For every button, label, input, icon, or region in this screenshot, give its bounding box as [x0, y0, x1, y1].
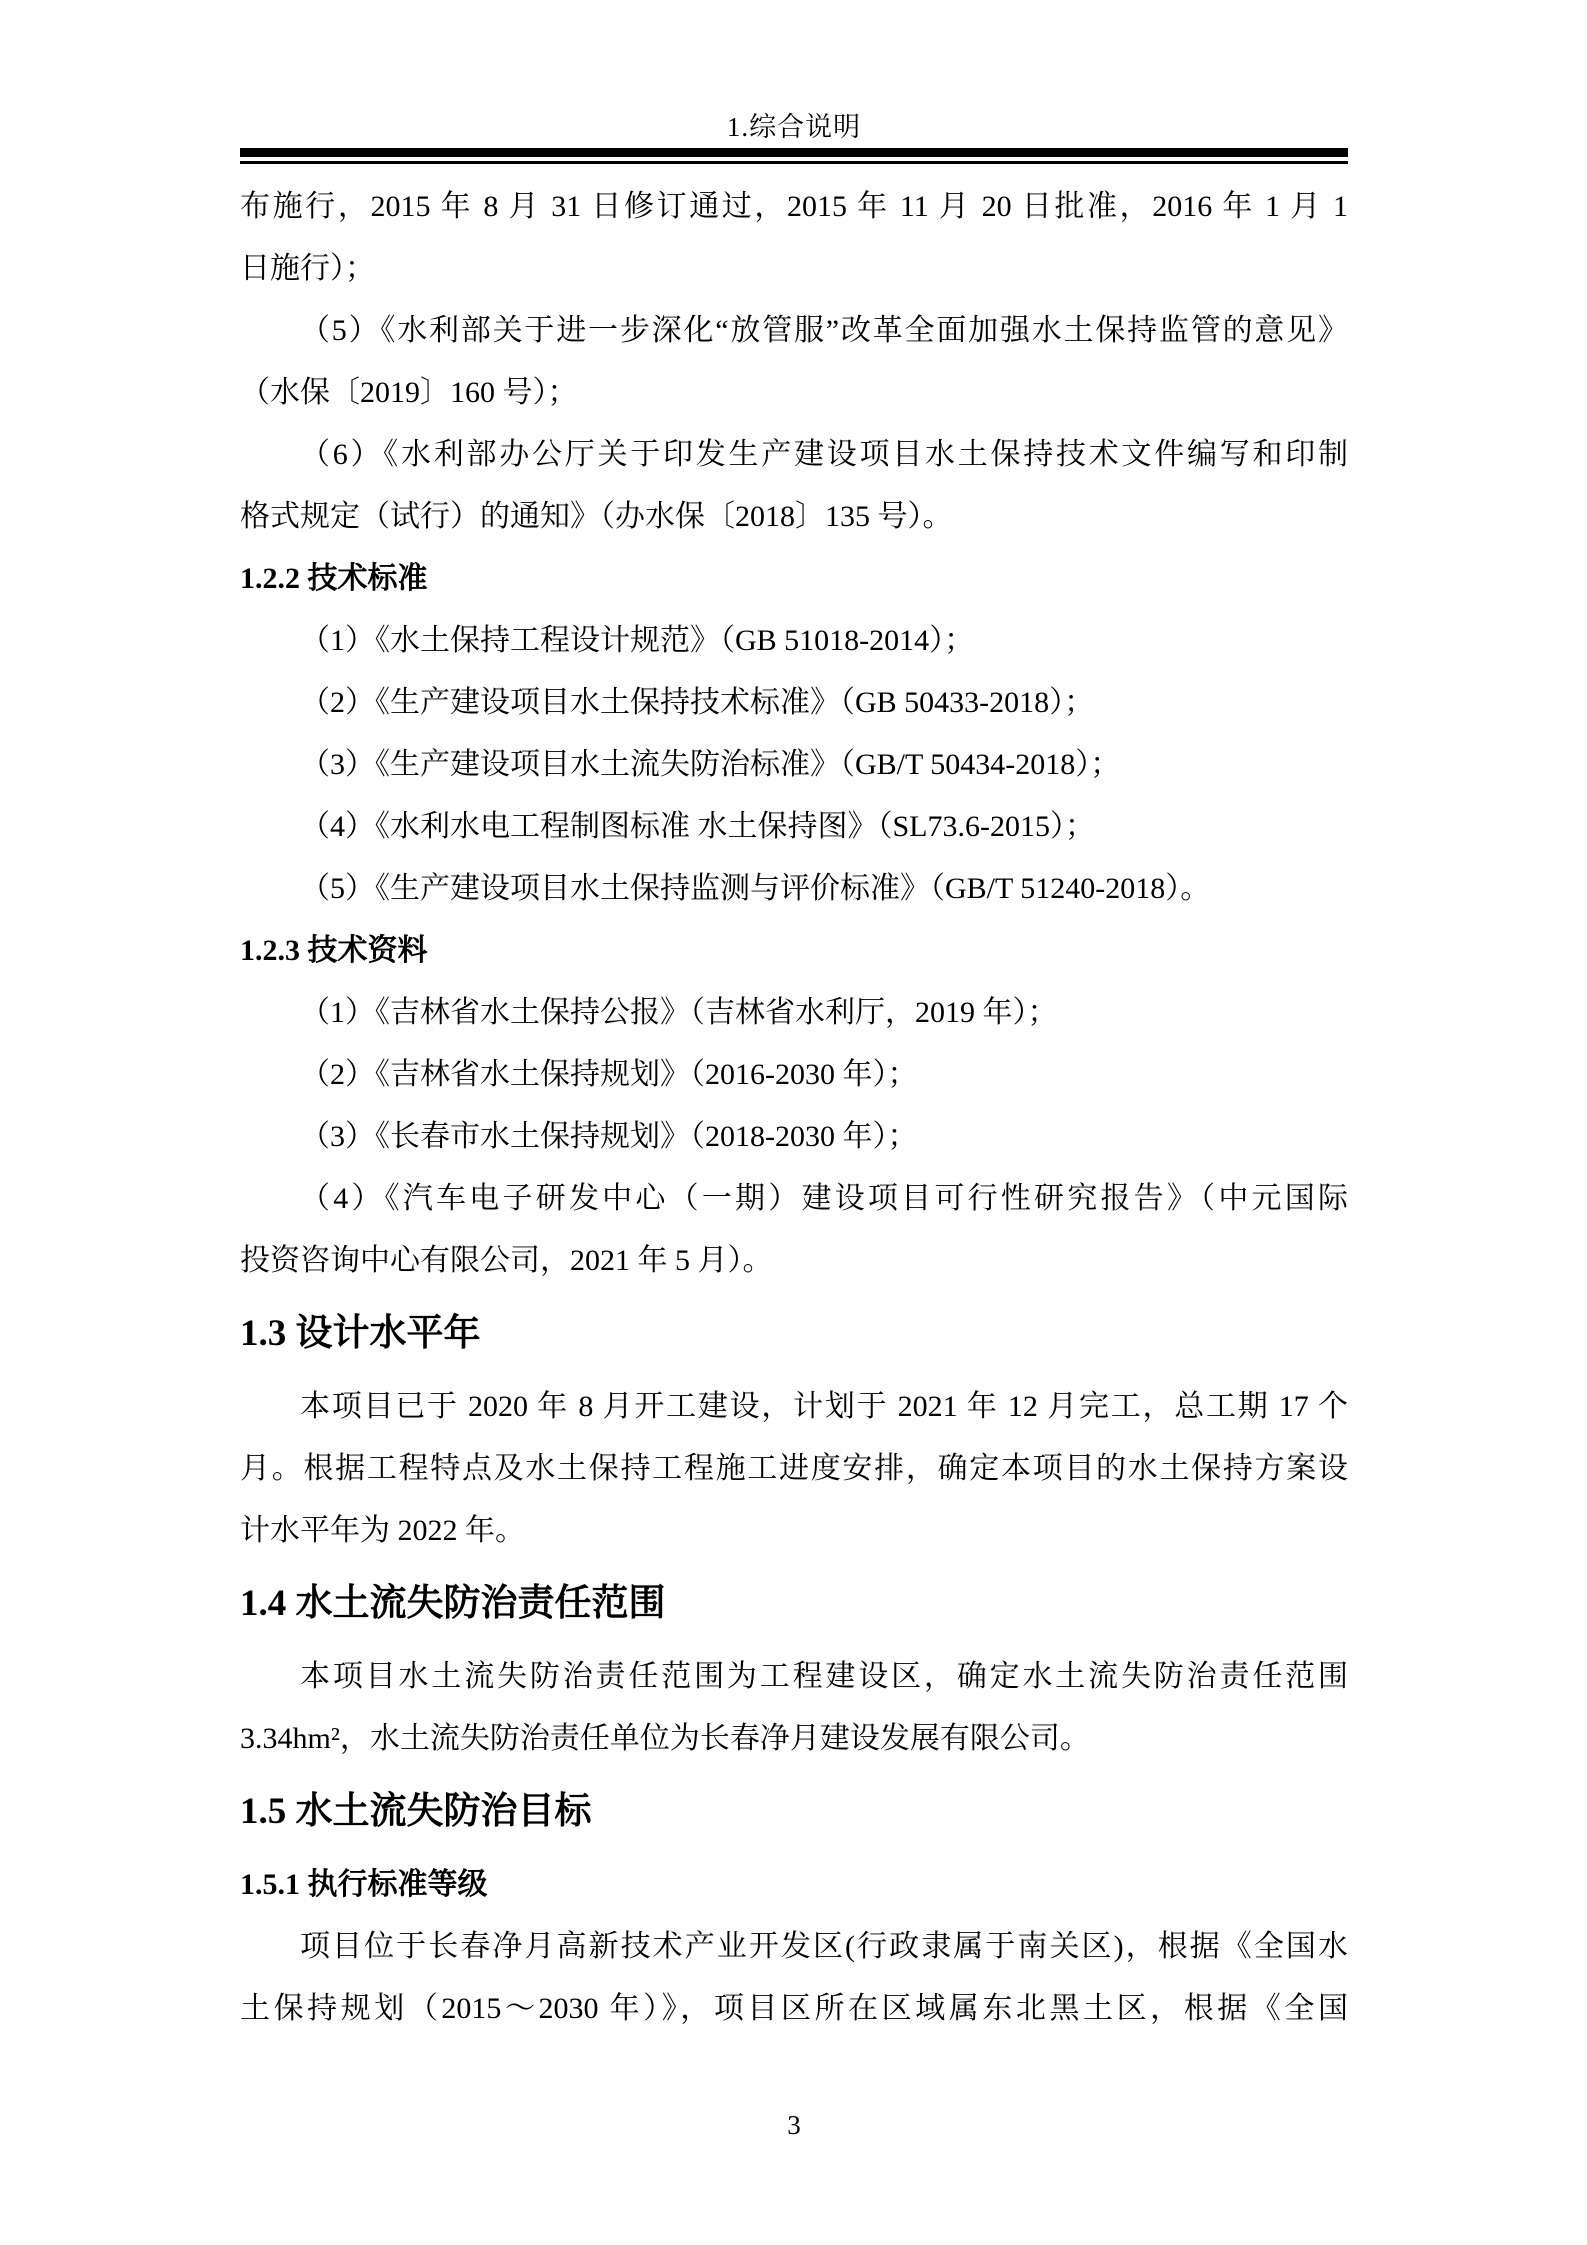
body-line: （2）《吉林省水土保持规划》（2016-2030 年）； — [240, 1044, 1348, 1106]
subsection-heading: 1.2.3 技术资料 — [240, 920, 1348, 982]
body-line: 布施行，2015 年 8 月 31 日修订通过，2015 年 11 月 20 日… — [240, 176, 1348, 238]
document-page: 1.综合说明 布施行，2015 年 8 月 31 日修订通过，2015 年 11… — [0, 0, 1587, 2245]
body-line: 计水平年为 2022 年。 — [240, 1500, 1348, 1562]
body-line: 3.34hm²，水土流失防治责任单位为长春净月建设发展有限公司。 — [240, 1708, 1348, 1770]
header-rule-thick — [240, 148, 1348, 157]
body-line: （水保〔2019〕160 号）； — [240, 362, 1348, 424]
document-body: 布施行，2015 年 8 月 31 日修订通过，2015 年 11 月 20 日… — [240, 176, 1348, 2040]
body-line: 本项目水土流失防治责任范围为工程建设区，确定水土流失防治责任范围 — [240, 1646, 1348, 1708]
section-heading: 1.5 水土流失防治目标 — [240, 1770, 1348, 1854]
header-rule-thin — [240, 161, 1348, 164]
body-line: （3）《生产建设项目水土流失防治标准》（GB/T 50434-2018）； — [240, 734, 1348, 796]
body-line: （6）《水利部办公厅关于印发生产建设项目水土保持技术文件编写和印制 — [240, 424, 1348, 486]
section-heading: 1.3 设计水平年 — [240, 1292, 1348, 1376]
body-line: 日施行）； — [240, 238, 1348, 300]
body-line: （2）《生产建设项目水土保持技术标准》（GB 50433-2018）； — [240, 672, 1348, 734]
body-line: （5）《水利部关于进一步深化“放管服”改革全面加强水土保持监管的意见》 — [240, 300, 1348, 362]
body-line: （1）《水土保持工程设计规范》（GB 51018-2014）； — [240, 610, 1348, 672]
subsection-heading: 1.5.1 执行标准等级 — [240, 1854, 1348, 1916]
body-line: 投资咨询中心有限公司，2021 年 5 月）。 — [240, 1230, 1348, 1292]
body-line: （4）《水利水电工程制图标准 水土保持图》（SL73.6-2015）； — [240, 796, 1348, 858]
body-line: 项目位于长春净月高新技术产业开发区(行政隶属于南关区)，根据《全国水 — [240, 1916, 1348, 1978]
body-line: （5）《生产建设项目水土保持监测与评价标准》（GB/T 51240-2018）。 — [240, 858, 1348, 920]
body-line: （1）《吉林省水土保持公报》（吉林省水利厅，2019 年）； — [240, 982, 1348, 1044]
page-header-title: 1.综合说明 — [240, 110, 1348, 144]
body-line: （4）《汽车电子研发中心（一期）建设项目可行性研究报告》（中元国际 — [240, 1168, 1348, 1230]
body-line: 本项目已于 2020 年 8 月开工建设，计划于 2021 年 12 月完工，总… — [240, 1376, 1348, 1438]
subsection-heading: 1.2.2 技术标准 — [240, 548, 1348, 610]
page-number: 3 — [240, 2108, 1348, 2142]
body-line: 土保持规划（2015～2030 年）》，项目区所在区域属东北黑土区，根据《全国 — [240, 1978, 1348, 2040]
body-line: （3）《长春市水土保持规划》（2018-2030 年）； — [240, 1106, 1348, 1168]
section-heading: 1.4 水土流失防治责任范围 — [240, 1562, 1348, 1646]
body-line: 月。根据工程特点及水土保持工程施工进度安排，确定本项目的水土保持方案设 — [240, 1438, 1348, 1500]
body-line: 格式规定（试行）的通知》（办水保〔2018〕135 号）。 — [240, 486, 1348, 548]
